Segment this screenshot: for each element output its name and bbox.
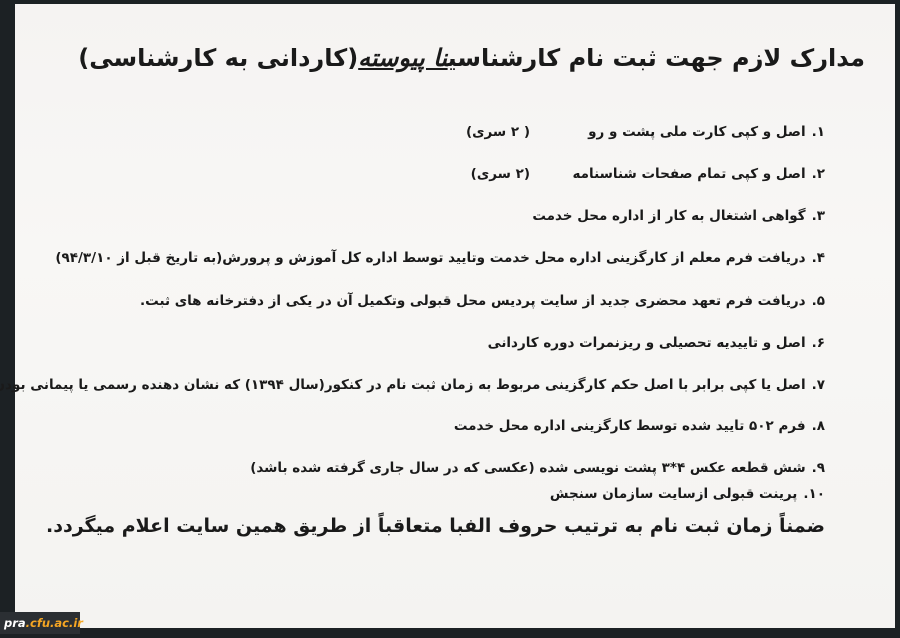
- title-part-1: مدارک لازم جهت ثبت نام کارشناسی: [448, 44, 865, 72]
- item-note: ( ۲ سری): [466, 124, 530, 140]
- scan-frame: مدارک لازم جهت ثبت نام کارشناسینا پیوسته…: [0, 0, 900, 638]
- item-text: اصل و کپی تمام صفحات شناسنامه: [573, 166, 806, 182]
- registration-note: ضمناً زمان ثبت نام به ترتیب حروف الفبا م…: [46, 515, 825, 537]
- item-text: دریافت فرم تعهد محضری جدید از سایت پردیس…: [140, 293, 806, 309]
- title-part-3: (کاردانی به کارشناسی): [78, 44, 358, 72]
- item-number: ۱۰.: [803, 486, 825, 502]
- item-text: شش قطعه عکس ۴*۳ پشت نویسی شده (عکسی که د…: [250, 460, 805, 476]
- list-item-5: ۵.دریافت فرم تعهد محضری جدید از سایت پرد…: [140, 293, 825, 309]
- item-text: اصل و تاییدیه تحصیلی و ریزنمرات دوره کار…: [488, 335, 806, 351]
- item-text: پرینت قبولی ازسایت سازمان سنجش: [550, 486, 797, 502]
- watermark-domain: .cfu.ac.ir: [26, 616, 83, 630]
- list-item-3: ۳.گواهی اشتغال به کار از اداره محل خدمت: [532, 208, 825, 224]
- document-body: مدارک لازم جهت ثبت نام کارشناسینا پیوسته…: [15, 4, 895, 628]
- item-number: ۹.: [812, 460, 825, 476]
- item-text: گواهی اشتغال به کار از اداره محل خدمت: [532, 208, 805, 224]
- item-number: ۶.: [812, 335, 825, 351]
- item-text: دریافت فرم معلم از کارگزینی اداره محل خد…: [55, 250, 805, 266]
- list-item-10: ۱۰.پرینت قبولی ازسایت سازمان سنجش: [550, 486, 825, 502]
- item-number: ۴.: [812, 250, 825, 266]
- title-underlined-part: نا پیوسته: [358, 44, 447, 72]
- item-number: ۵.: [812, 293, 825, 309]
- page-title: مدارک لازم جهت ثبت نام کارشناسینا پیوسته…: [78, 44, 865, 72]
- item-number: ۱.: [812, 124, 825, 140]
- item-text: اصل یا کپی برابر با اصل حکم کارگزینی مرب…: [0, 377, 806, 393]
- site-watermark: pra.cfu.ac.ir: [0, 612, 80, 634]
- item-number: ۲.: [812, 166, 825, 182]
- item-note: (۲ سری): [471, 166, 530, 182]
- item-number: ۸.: [812, 418, 825, 434]
- list-item-6: ۶.اصل و تاییدیه تحصیلی و ریزنمرات دوره ک…: [488, 335, 825, 351]
- list-item-4: ۴.دریافت فرم معلم از کارگزینی اداره محل …: [55, 250, 825, 266]
- list-item-7: ۷.اصل یا کپی برابر با اصل حکم کارگزینی م…: [0, 377, 825, 393]
- list-item-8: ۸.فرم ۵۰۲ تایید شده توسط کارگزینی اداره …: [454, 418, 825, 434]
- list-item-2: ۲.اصل و کپی تمام صفحات شناسنامه (۲ سری): [573, 166, 826, 182]
- watermark-prefix: pra: [4, 616, 26, 630]
- item-number: ۷.: [812, 377, 825, 393]
- list-item-1: ۱.اصل و کپی کارت ملی پشت و رو ( ۲ سری): [588, 124, 825, 140]
- list-item-9: ۹.شش قطعه عکس ۴*۳ پشت نویسی شده (عکسی که…: [250, 460, 825, 476]
- item-number: ۳.: [812, 208, 825, 224]
- document-page: مدارک لازم جهت ثبت نام کارشناسینا پیوسته…: [15, 4, 895, 628]
- item-text: فرم ۵۰۲ تایید شده توسط کارگزینی اداره مح…: [454, 418, 806, 434]
- item-text: اصل و کپی کارت ملی پشت و رو: [588, 124, 805, 140]
